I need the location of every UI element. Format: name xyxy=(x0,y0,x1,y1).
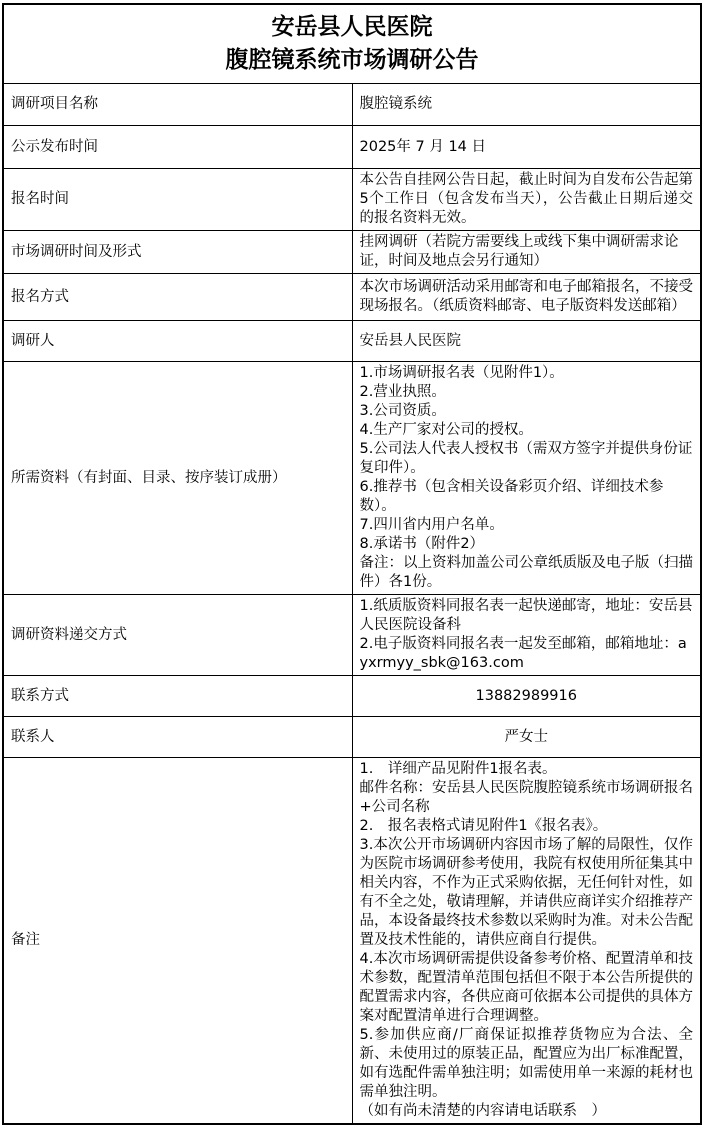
table-row: 公示发布时间 2025年 7 月 14 日 xyxy=(3,126,701,169)
publish-date-label: 公示发布时间 xyxy=(3,126,352,169)
table-row: 调研项目名称 腹腔镜系统 xyxy=(3,84,701,126)
publish-date-value: 2025年 7 月 14 日 xyxy=(352,126,701,169)
remarks-line: 4.本次市场调研需提供设备参考价格、配置清单和技术参数，配置清单范围包括但不限于… xyxy=(360,950,694,1026)
registration-time-label: 报名时间 xyxy=(3,169,352,231)
remarks-line: 2. 报名表格式请见附件1《报名表》。 xyxy=(360,817,694,836)
contact-person-label: 联系人 xyxy=(3,717,352,758)
table-row: 联系人 严女士 xyxy=(3,717,701,758)
title-line-1: 安岳县人民医院 xyxy=(10,11,694,44)
table-row: 报名方式 本次市场调研活动采用邮寄和电子邮箱报名，不接受现场报名。（纸质资料邮寄… xyxy=(3,274,701,321)
registration-method-value: 本次市场调研活动采用邮寄和电子邮箱报名，不接受现场报名。（纸质资料邮寄、电子版资… xyxy=(352,274,701,321)
required-materials-line: 5.公司法人代表人授权书（需双方签字并提供身份证复印件）。 xyxy=(360,440,694,478)
contact-person-value: 严女士 xyxy=(352,717,701,758)
submission-method-line: 1.纸质版资料同报名表一起快递邮寄，地址：安岳县人民医院设备科 xyxy=(360,597,694,635)
required-materials-line: 7.四川省内用户名单。 xyxy=(360,516,694,535)
required-materials-line: 6.推荐书（包含相关设备彩页介绍、详细技术参数）。 xyxy=(360,478,694,516)
required-materials-value: 1.市场调研报名表（见附件1）。 2.营业执照。 3.公司资质。 4.生产厂家对… xyxy=(352,362,701,595)
researcher-value: 安岳县人民医院 xyxy=(352,321,701,362)
contact-number-label: 联系方式 xyxy=(3,676,352,717)
research-time-form-value: 挂网调研（若院方需要线上或线下集中调研需求论证，时间及地点会另行通知） xyxy=(352,231,701,274)
required-materials-line: 3.公司资质。 xyxy=(360,402,694,421)
page-title: 安岳县人民医院 腹腔镜系统市场调研公告 xyxy=(3,4,701,84)
required-materials-note: 备注：以上资料加盖公司公章纸质版及电子版（扫描件）各1份。 xyxy=(360,554,694,592)
remarks-line: 邮件名称：安岳县人民医院腹腔镜系统市场调研报名+公司名称 xyxy=(360,779,694,817)
submission-method-line-email: 2.电子版资料同报名表一起发至邮箱，邮箱地址：ayxrmyy_sbk@163.c… xyxy=(360,635,694,673)
remarks-label: 备注 xyxy=(3,758,352,1125)
remarks-line: 1. 详细产品见附件1报名表。 xyxy=(360,760,694,779)
required-materials-label: 所需资料（有封面、目录、按序装订成册） xyxy=(3,362,352,595)
required-materials-line: 2.营业执照。 xyxy=(360,383,694,402)
market-research-notice-table: 安岳县人民医院 腹腔镜系统市场调研公告 调研项目名称 腹腔镜系统 公示发布时间 … xyxy=(2,3,702,1125)
table-row: 联系方式 13882989916 xyxy=(3,676,701,717)
submission-method-value: 1.纸质版资料同报名表一起快递邮寄，地址：安岳县人民医院设备科 2.电子版资料同… xyxy=(352,595,701,676)
title-row: 安岳县人民医院 腹腔镜系统市场调研公告 xyxy=(3,4,701,84)
required-materials-line: 4.生产厂家对公司的授权。 xyxy=(360,421,694,440)
project-name-label: 调研项目名称 xyxy=(3,84,352,126)
title-line-2: 腹腔镜系统市场调研公告 xyxy=(10,44,694,77)
table-row: 调研资料递交方式 1.纸质版资料同报名表一起快递邮寄，地址：安岳县人民医院设备科… xyxy=(3,595,701,676)
contact-number-value: 13882989916 xyxy=(352,676,701,717)
table-row: 市场调研时间及形式 挂网调研（若院方需要线上或线下集中调研需求论证，时间及地点会… xyxy=(3,231,701,274)
remarks-line: 5.参加供应商/厂商保证拟推荐货物应为合法、全新、未使用过的原装正品，配置应为出… xyxy=(360,1026,694,1102)
table-row: 所需资料（有封面、目录、按序装订成册） 1.市场调研报名表（见附件1）。 2.营… xyxy=(3,362,701,595)
remarks-line: 3.本次公开市场调研内容因市场了解的局限性，仅作为医院市场调研参考使用，我院有权… xyxy=(360,836,694,950)
submission-method-label: 调研资料递交方式 xyxy=(3,595,352,676)
project-name-value: 腹腔镜系统 xyxy=(352,84,701,126)
table-row: 调研人 安岳县人民医院 xyxy=(3,321,701,362)
remarks-value: 1. 详细产品见附件1报名表。 邮件名称：安岳县人民医院腹腔镜系统市场调研报名+… xyxy=(352,758,701,1125)
research-time-form-label: 市场调研时间及形式 xyxy=(3,231,352,274)
registration-time-value: 本公告自挂网公告日起，截止时间为自发布公告起第5个工作日（包含发布当天），公告截… xyxy=(352,169,701,231)
remarks-line: （如有尚未清楚的内容请电话联系 ） xyxy=(360,1102,694,1121)
registration-method-label: 报名方式 xyxy=(3,274,352,321)
required-materials-line: 1.市场调研报名表（见附件1）。 xyxy=(360,364,694,383)
table-row: 报名时间 本公告自挂网公告日起，截止时间为自发布公告起第5个工作日（包含发布当天… xyxy=(3,169,701,231)
researcher-label: 调研人 xyxy=(3,321,352,362)
required-materials-line: 8.承诺书（附件2） xyxy=(360,535,694,554)
table-row: 备注 1. 详细产品见附件1报名表。 邮件名称：安岳县人民医院腹腔镜系统市场调研… xyxy=(3,758,701,1125)
